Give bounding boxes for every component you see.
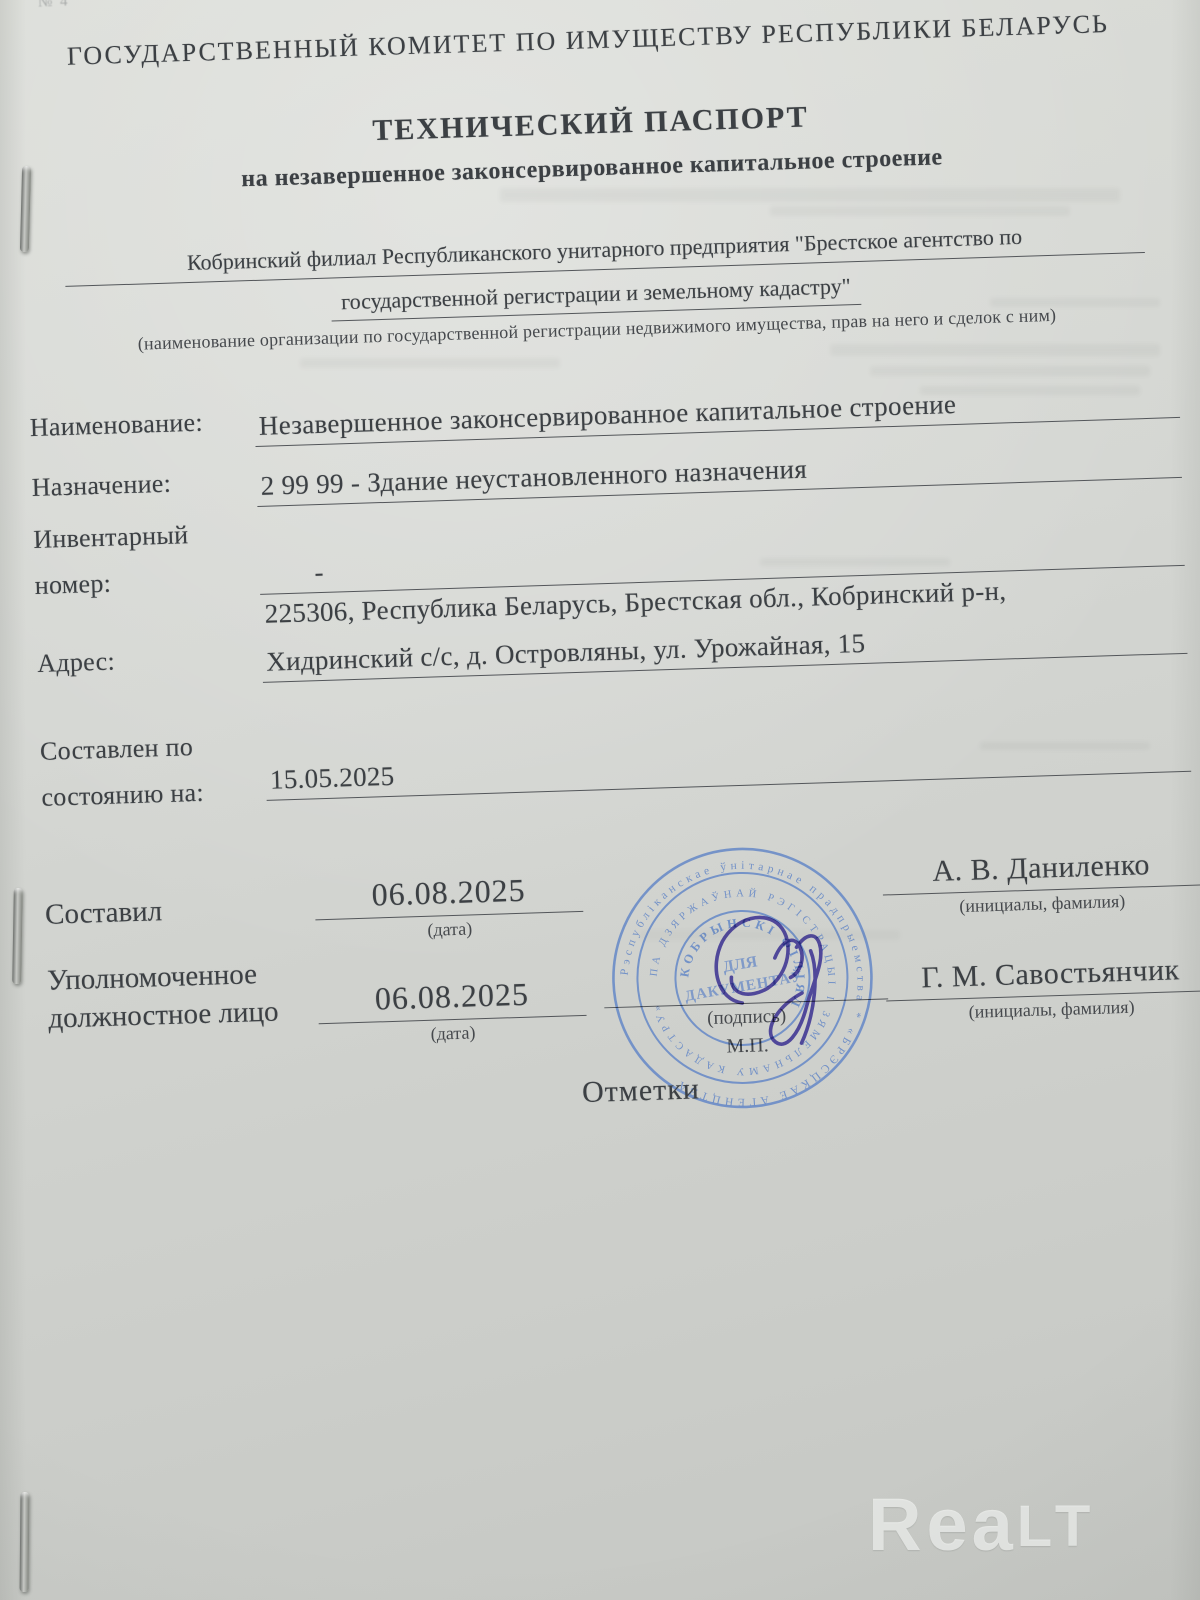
- staple: [12, 888, 23, 984]
- field-value-asof: 15.05.2025: [265, 723, 1191, 801]
- field-label-asof-line2: состоянию на:: [41, 778, 204, 813]
- document-content: ГОСУДАРСТВЕННЫЙ КОМИТЕТ ПО ИМУЩЕСТВУ РЕС…: [0, 0, 1200, 1600]
- compiled-name-value: А. В. Даниленко: [882, 847, 1200, 896]
- field-label-purpose: Назначение:: [31, 469, 171, 503]
- bleed-through-artifact: [640, 930, 900, 940]
- compiled-by-label: Составил: [45, 895, 163, 932]
- photographed-document-page: { "document": { "corner_mark": "№ 4", "h…: [0, 0, 1200, 1600]
- official-label-line2: должностное лицо: [48, 996, 279, 1036]
- date-caption: (дата): [319, 1019, 588, 1048]
- field-value-inventory-text: -: [314, 557, 324, 588]
- bleed-through-artifact: [760, 558, 950, 566]
- date-caption: (дата): [316, 915, 585, 944]
- watermark-part3: LT: [1017, 1494, 1098, 1559]
- official-label-line1: Уполномоченное: [47, 958, 258, 998]
- realt-watermark: ReaLT: [868, 1482, 1097, 1567]
- field-label-address: Адрес:: [37, 647, 116, 679]
- field-value-purpose-text: 2 99 99 - Здание неустановленного назнач…: [260, 454, 807, 502]
- field-label-asof-line1: Составлен по: [40, 732, 194, 767]
- compiled-name-slot: А. В. Даниленко (инициалы, фамилия): [882, 847, 1200, 920]
- bleed-through-artifact: [980, 742, 1150, 750]
- field-value-address-line2-text: Хидринский с/с, д. Островляны, ул. Урожа…: [266, 628, 866, 678]
- watermark-part1: R: [868, 1483, 926, 1566]
- official-name-slot: Г. М. Савостьянчик (инициалы, фамилия): [885, 952, 1200, 1025]
- field-value-name-text: Незавершенное законсервированное капитал…: [258, 389, 956, 442]
- official-name-value: Г. М. Савостьянчик: [885, 952, 1200, 1001]
- bleed-through-artifact: [920, 386, 1140, 395]
- field-label-inventory-line1: Инвентарный: [33, 520, 189, 555]
- field-label-inventory-line2: номер:: [34, 569, 111, 601]
- compiled-date-slot: 06.08.2025 (дата): [314, 870, 584, 944]
- bleed-through-artifact: [830, 344, 1160, 356]
- signature: [657, 879, 878, 1096]
- bleed-through-artifact: [870, 366, 1150, 376]
- official-date-slot: 06.08.2025 (дата): [317, 974, 587, 1048]
- issuing-authority-header: ГОСУДАРСТВЕННЫЙ КОМИТЕТ ПО ИМУЩЕСТВУ РЕС…: [0, 7, 1188, 75]
- watermark-part2: ea: [926, 1483, 1016, 1566]
- compiled-date-value: 06.08.2025: [314, 870, 583, 920]
- bleed-through-artifact: [500, 188, 1120, 202]
- bleed-through-artifact: [300, 358, 560, 368]
- field-value-asof-text: 15.05.2025: [270, 761, 395, 796]
- field-label-name: Наименование:: [29, 408, 203, 443]
- bleed-through-artifact: [990, 298, 1160, 307]
- bleed-through-artifact: [770, 206, 1070, 216]
- staple: [20, 1492, 30, 1592]
- corner-faint-mark: № 4: [38, 0, 70, 12]
- official-date-value: 06.08.2025: [317, 974, 586, 1024]
